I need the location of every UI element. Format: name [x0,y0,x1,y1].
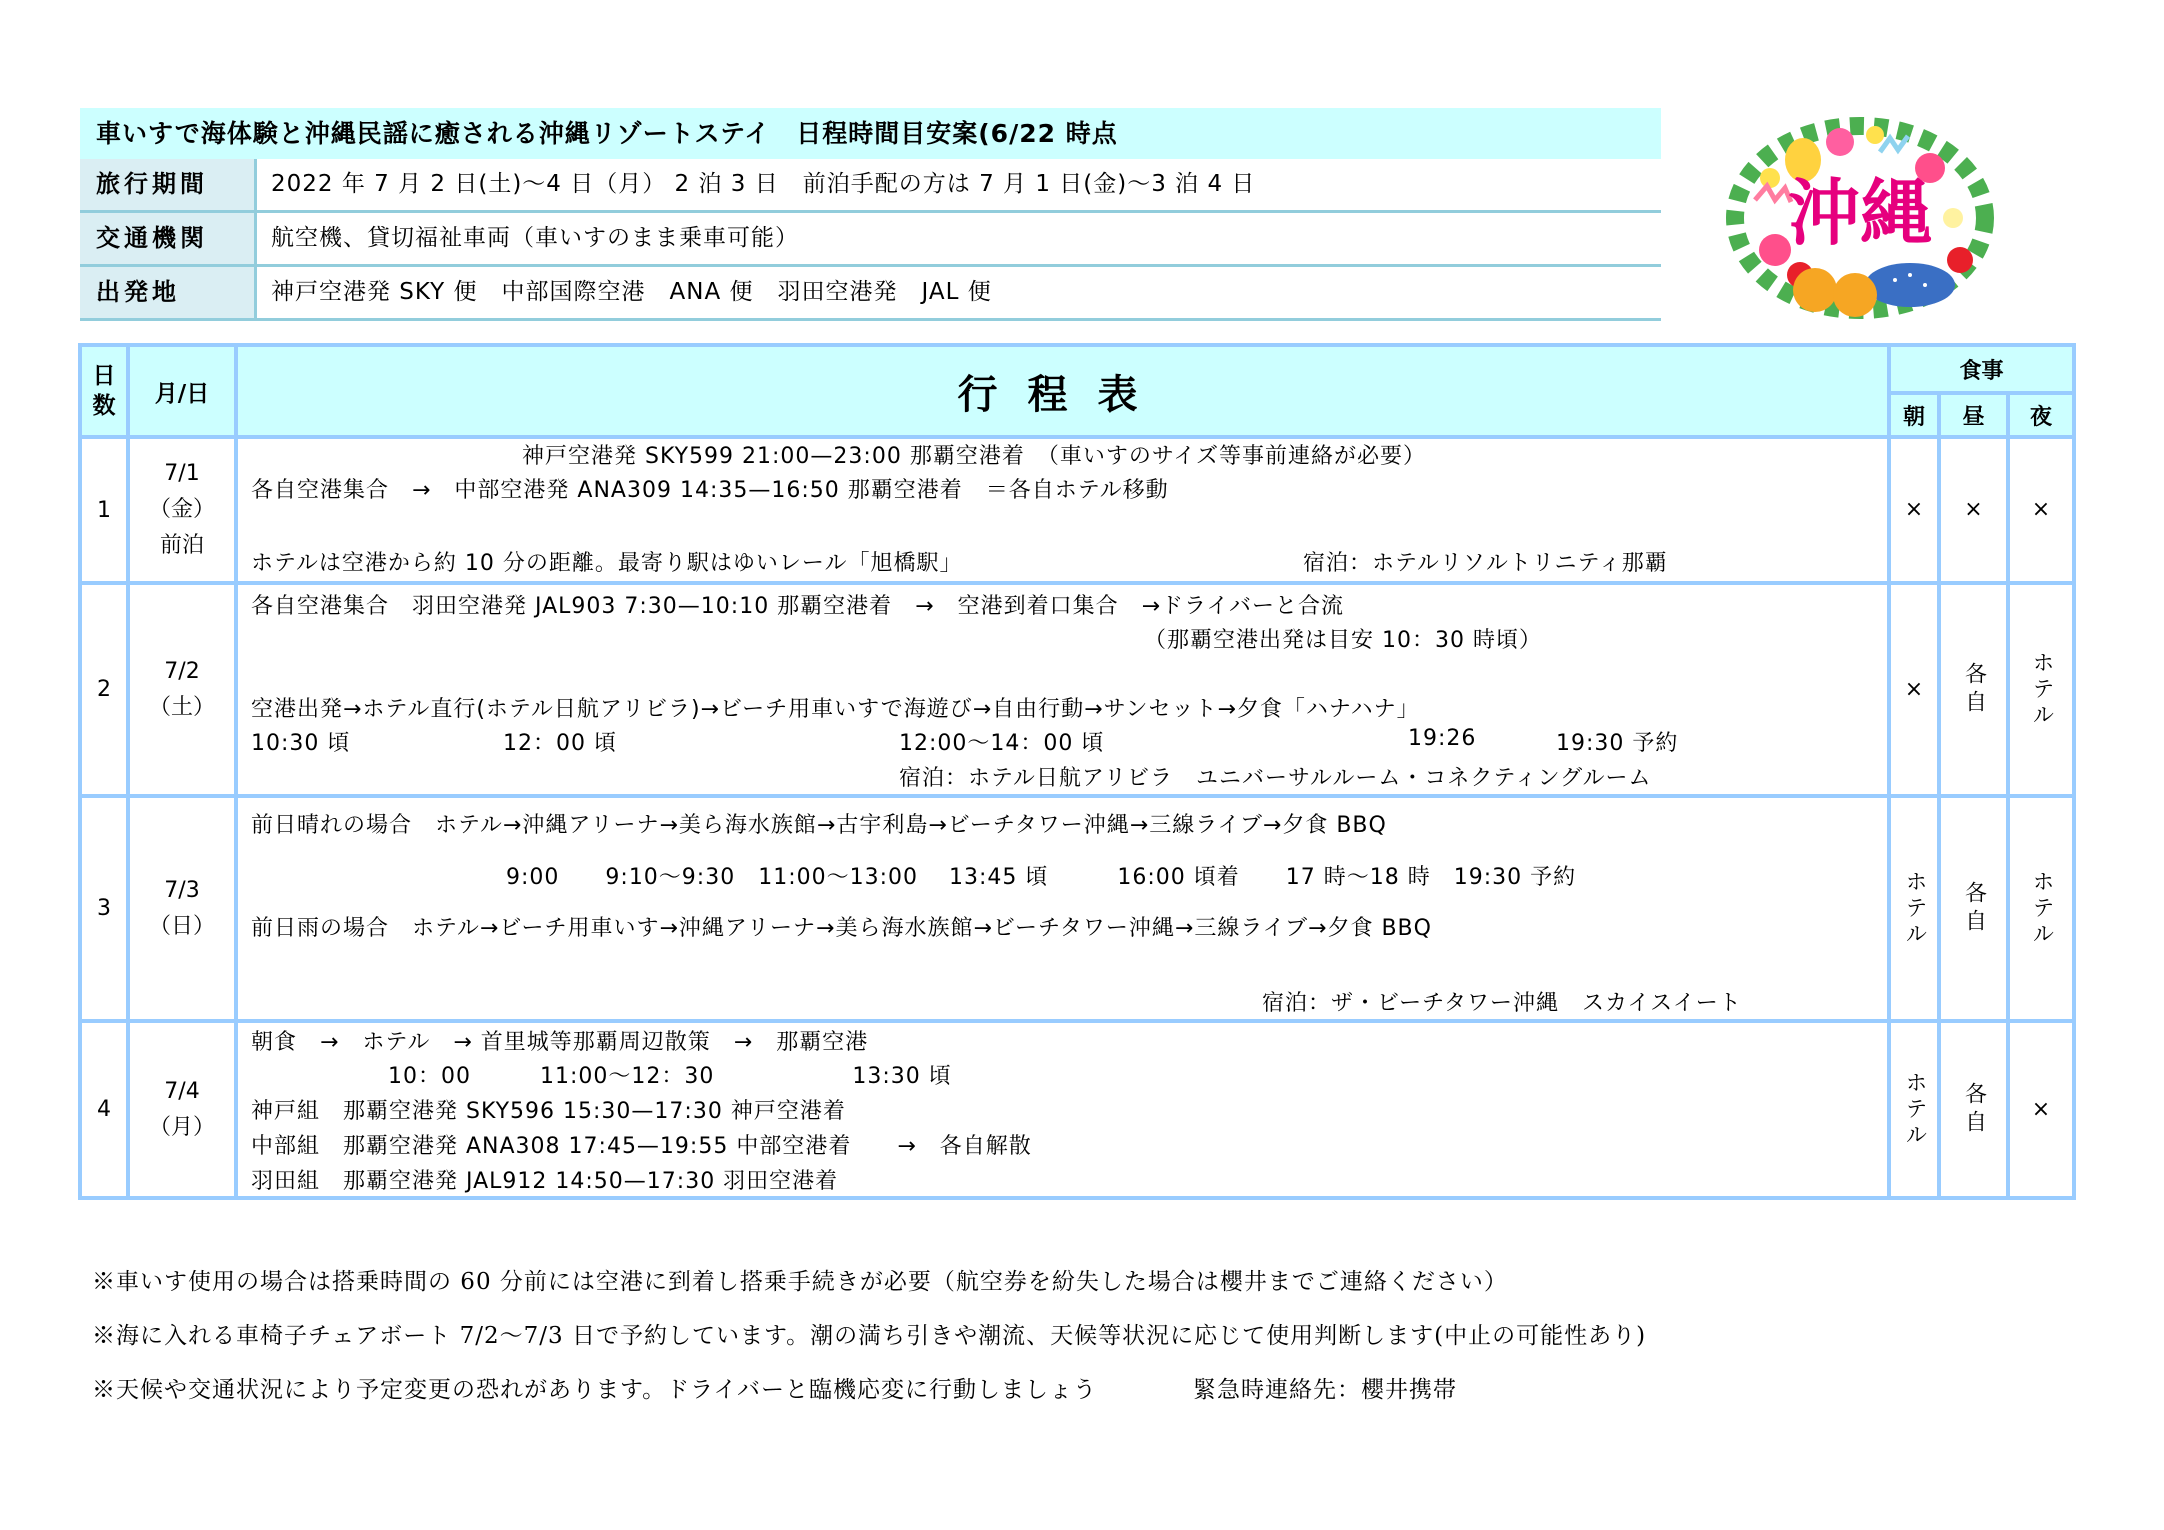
date-cell: 7/3 （日） [128,796,236,1021]
lodging-line: 宿泊：ザ・ビーチタワー沖縄 スカイスイート [1262,986,1742,1017]
itinerary-line: 各自空港集合 → 中部空港発 ANA309 14:35—16:50 那覇空港着 … [251,473,1169,504]
itinerary-line: 空港出発→ホテル直行(ホテル日航アリビラ)→ビーチ用車いすで海遊び→自由行動→サ… [251,692,1420,723]
itinerary-cell: 各自空港集合 羽田空港発 JAL903 7:30—10:10 那覇空港着 → 空… [236,583,1889,796]
info-value: 2022 年 7 月 2 日(土)～4 日（月） 2 泊 3 日 前泊手配の方は… [257,159,1661,210]
itinerary-line: 各自空港集合 羽田空港発 JAL903 7:30—10:10 那覇空港着 → 空… [251,589,1344,620]
header-lunch: 昼 [1939,393,2008,437]
itinerary-line: 前日晴れの場合 ホテル→沖縄アリーナ→美ら海水族館→古宇利島→ビーチタワー沖縄→… [251,808,1387,839]
meal-breakfast: ホテル [1889,1021,1939,1198]
date-cell: 7/4 （月） [128,1021,236,1198]
time-label: 10:30 頃 [251,726,350,757]
table-row: 4 7/4 （月） 朝食 → ホテル → 首里城等那覇周辺散策 → 那覇空港 1… [80,1021,2074,1198]
itinerary-line: （那覇空港出発は目安 10：30 時頃） [1144,623,1542,654]
date-cell: 7/1 （金） 前泊 [128,437,236,583]
time-label: 10：00 11:00～12：30 13:30 頃 [388,1059,952,1090]
itinerary-cell: 朝食 → ホテル → 首里城等那覇周辺散策 → 那覇空港 10：00 11:00… [236,1021,1889,1198]
time-label: 19:30 予約 [1556,726,1678,757]
table-header-row: 日 数 月/日 行程表 食事 [80,345,2074,393]
header-day-top: 日 [82,361,126,391]
note-chair-boat: ※海に入れる車椅子チェアボート 7/2～7/3 日で予約しています。潮の満ち引き… [92,1317,1646,1350]
info-row-period: 旅行期間 2022 年 7 月 2 日(土)～4 日（月） 2 泊 3 日 前泊… [80,159,1661,213]
flower-wreath-icon: 沖縄 [1715,100,2005,335]
header-meals: 食事 [1889,345,2074,393]
meal-lunch: 各自 [1939,796,2008,1021]
itinerary-line: 神戸空港発 SKY599 21:00—23:00 那覇空港着 （車いすのサイズ等… [522,439,1426,470]
meal-dinner: × [2008,1021,2074,1198]
itinerary-cell: 神戸空港発 SKY599 21:00—23:00 那覇空港着 （車いすのサイズ等… [236,437,1889,583]
weekday: （月） [130,1110,234,1146]
table-row: 3 7/3 （日） 前日晴れの場合 ホテル→沖縄アリーナ→美ら海水族館→古宇利島… [80,796,2074,1021]
weekday: （土） [130,690,234,726]
day-number: 1 [80,437,128,583]
meal-breakfast: × [1889,437,1939,583]
date-note: 前泊 [130,528,234,564]
document-title: 車いすで海体験と沖縄民謡に癒される沖縄リゾートステイ 日程時間目安案(6/22 … [80,108,1661,159]
meal-dinner: ホテル [2008,583,2074,796]
time-label: 12:00～14：00 頃 [899,726,1104,757]
info-row-departure: 出発地 神戸空港発 SKY 便 中部国際空港 ANA 便 羽田空港発 JAL 便 [80,267,1661,321]
lodging-line: 宿泊：ホテル日航アリビラ ユニバーサルルーム・コネクティングルーム [899,761,1652,792]
time-label: 19:26 [1408,726,1476,751]
itinerary-cell: 前日晴れの場合 ホテル→沖縄アリーナ→美ら海水族館→古宇利島→ビーチタワー沖縄→… [236,796,1889,1021]
itinerary-line: 羽田組 那覇空港発 JAL912 14:50—17:30 羽田空港着 [251,1164,838,1195]
day-number: 3 [80,796,128,1021]
table-row: 2 7/2 （土） 各自空港集合 羽田空港発 JAL903 7:30—10:10… [80,583,2074,796]
itinerary-line: 神戸組 那覇空港発 SKY596 15:30—17:30 神戸空港着 [251,1094,846,1125]
trip-info-table: 車いすで海体験と沖縄民謡に癒される沖縄リゾートステイ 日程時間目安案(6/22 … [80,108,1661,321]
info-value: 神戸空港発 SKY 便 中部国際空港 ANA 便 羽田空港発 JAL 便 [257,267,1661,318]
header-day-count: 日 数 [80,345,128,437]
note-emergency-contact: ※天候や交通状況により予定変更の恐れがあります。ドライバーと臨機応変に行動しまし… [92,1371,1457,1404]
date-cell: 7/2 （土） [128,583,236,796]
logo-text: 沖縄 [1788,171,1932,255]
meal-lunch: × [1939,437,2008,583]
day-number: 4 [80,1021,128,1198]
header-itinerary-title: 行程表 [236,345,1889,437]
info-label: 出発地 [80,267,257,318]
meal-breakfast: × [1889,583,1939,796]
header-breakfast: 朝 [1889,393,1939,437]
itinerary-line: ホテルは空港から約 10 分の距離。最寄り駅はゆいレール「旭橋駅」 [251,546,962,577]
itinerary-line: 前日雨の場合 ホテル→ビーチ用車いす→沖縄アリーナ→美ら海水族館→ビーチタワー沖… [251,911,1432,942]
meal-breakfast: ホテル [1889,796,1939,1021]
date: 7/2 [130,654,234,690]
info-value: 航空機、貸切福祉車両（車いすのまま乗車可能） [257,213,1661,264]
meal-dinner: × [2008,437,2074,583]
itinerary-table: 日 数 月/日 行程表 食事 朝 昼 夜 1 7/1 （金） 前泊 神戸空港発 … [78,343,2076,1200]
header-dinner: 夜 [2008,393,2074,437]
date: 7/1 [130,456,234,492]
meal-dinner: ホテル [2008,796,2074,1021]
okinawa-logo-illustration: 沖縄 [1715,100,2005,335]
header-day-bottom: 数 [82,391,126,421]
weekday: （日） [130,909,234,945]
meal-lunch: 各自 [1939,583,2008,796]
weekday: （金） [130,492,234,528]
time-label: 12：00 頃 [503,726,617,757]
header-date: 月/日 [128,345,236,437]
itinerary-line: 朝食 → ホテル → 首里城等那覇周辺散策 → 那覇空港 [251,1025,868,1056]
date: 7/3 [130,873,234,909]
note-wheelchair-checkin: ※車いす使用の場合は搭乗時間の 60 分前には空港に到着し搭乗手続きが必要（航空… [92,1263,1508,1296]
date: 7/4 [130,1074,234,1110]
table-row: 1 7/1 （金） 前泊 神戸空港発 SKY599 21:00—23:00 那覇… [80,437,2074,583]
lodging-line: 宿泊：ホテルリソルトリニティ那覇 [1303,546,1668,577]
meal-lunch: 各自 [1939,1021,2008,1198]
info-label: 交通機関 [80,213,257,264]
time-label: 9:00 9:10～9:30 11:00～13:00 13:45 頃 16:00… [506,860,1576,891]
day-number: 2 [80,583,128,796]
itinerary-line: 中部組 那覇空港発 ANA308 17:45—19:55 中部空港着 → 各自解… [251,1129,1032,1160]
info-label: 旅行期間 [80,159,257,210]
info-row-transport: 交通機関 航空機、貸切福祉車両（車いすのまま乗車可能） [80,213,1661,267]
